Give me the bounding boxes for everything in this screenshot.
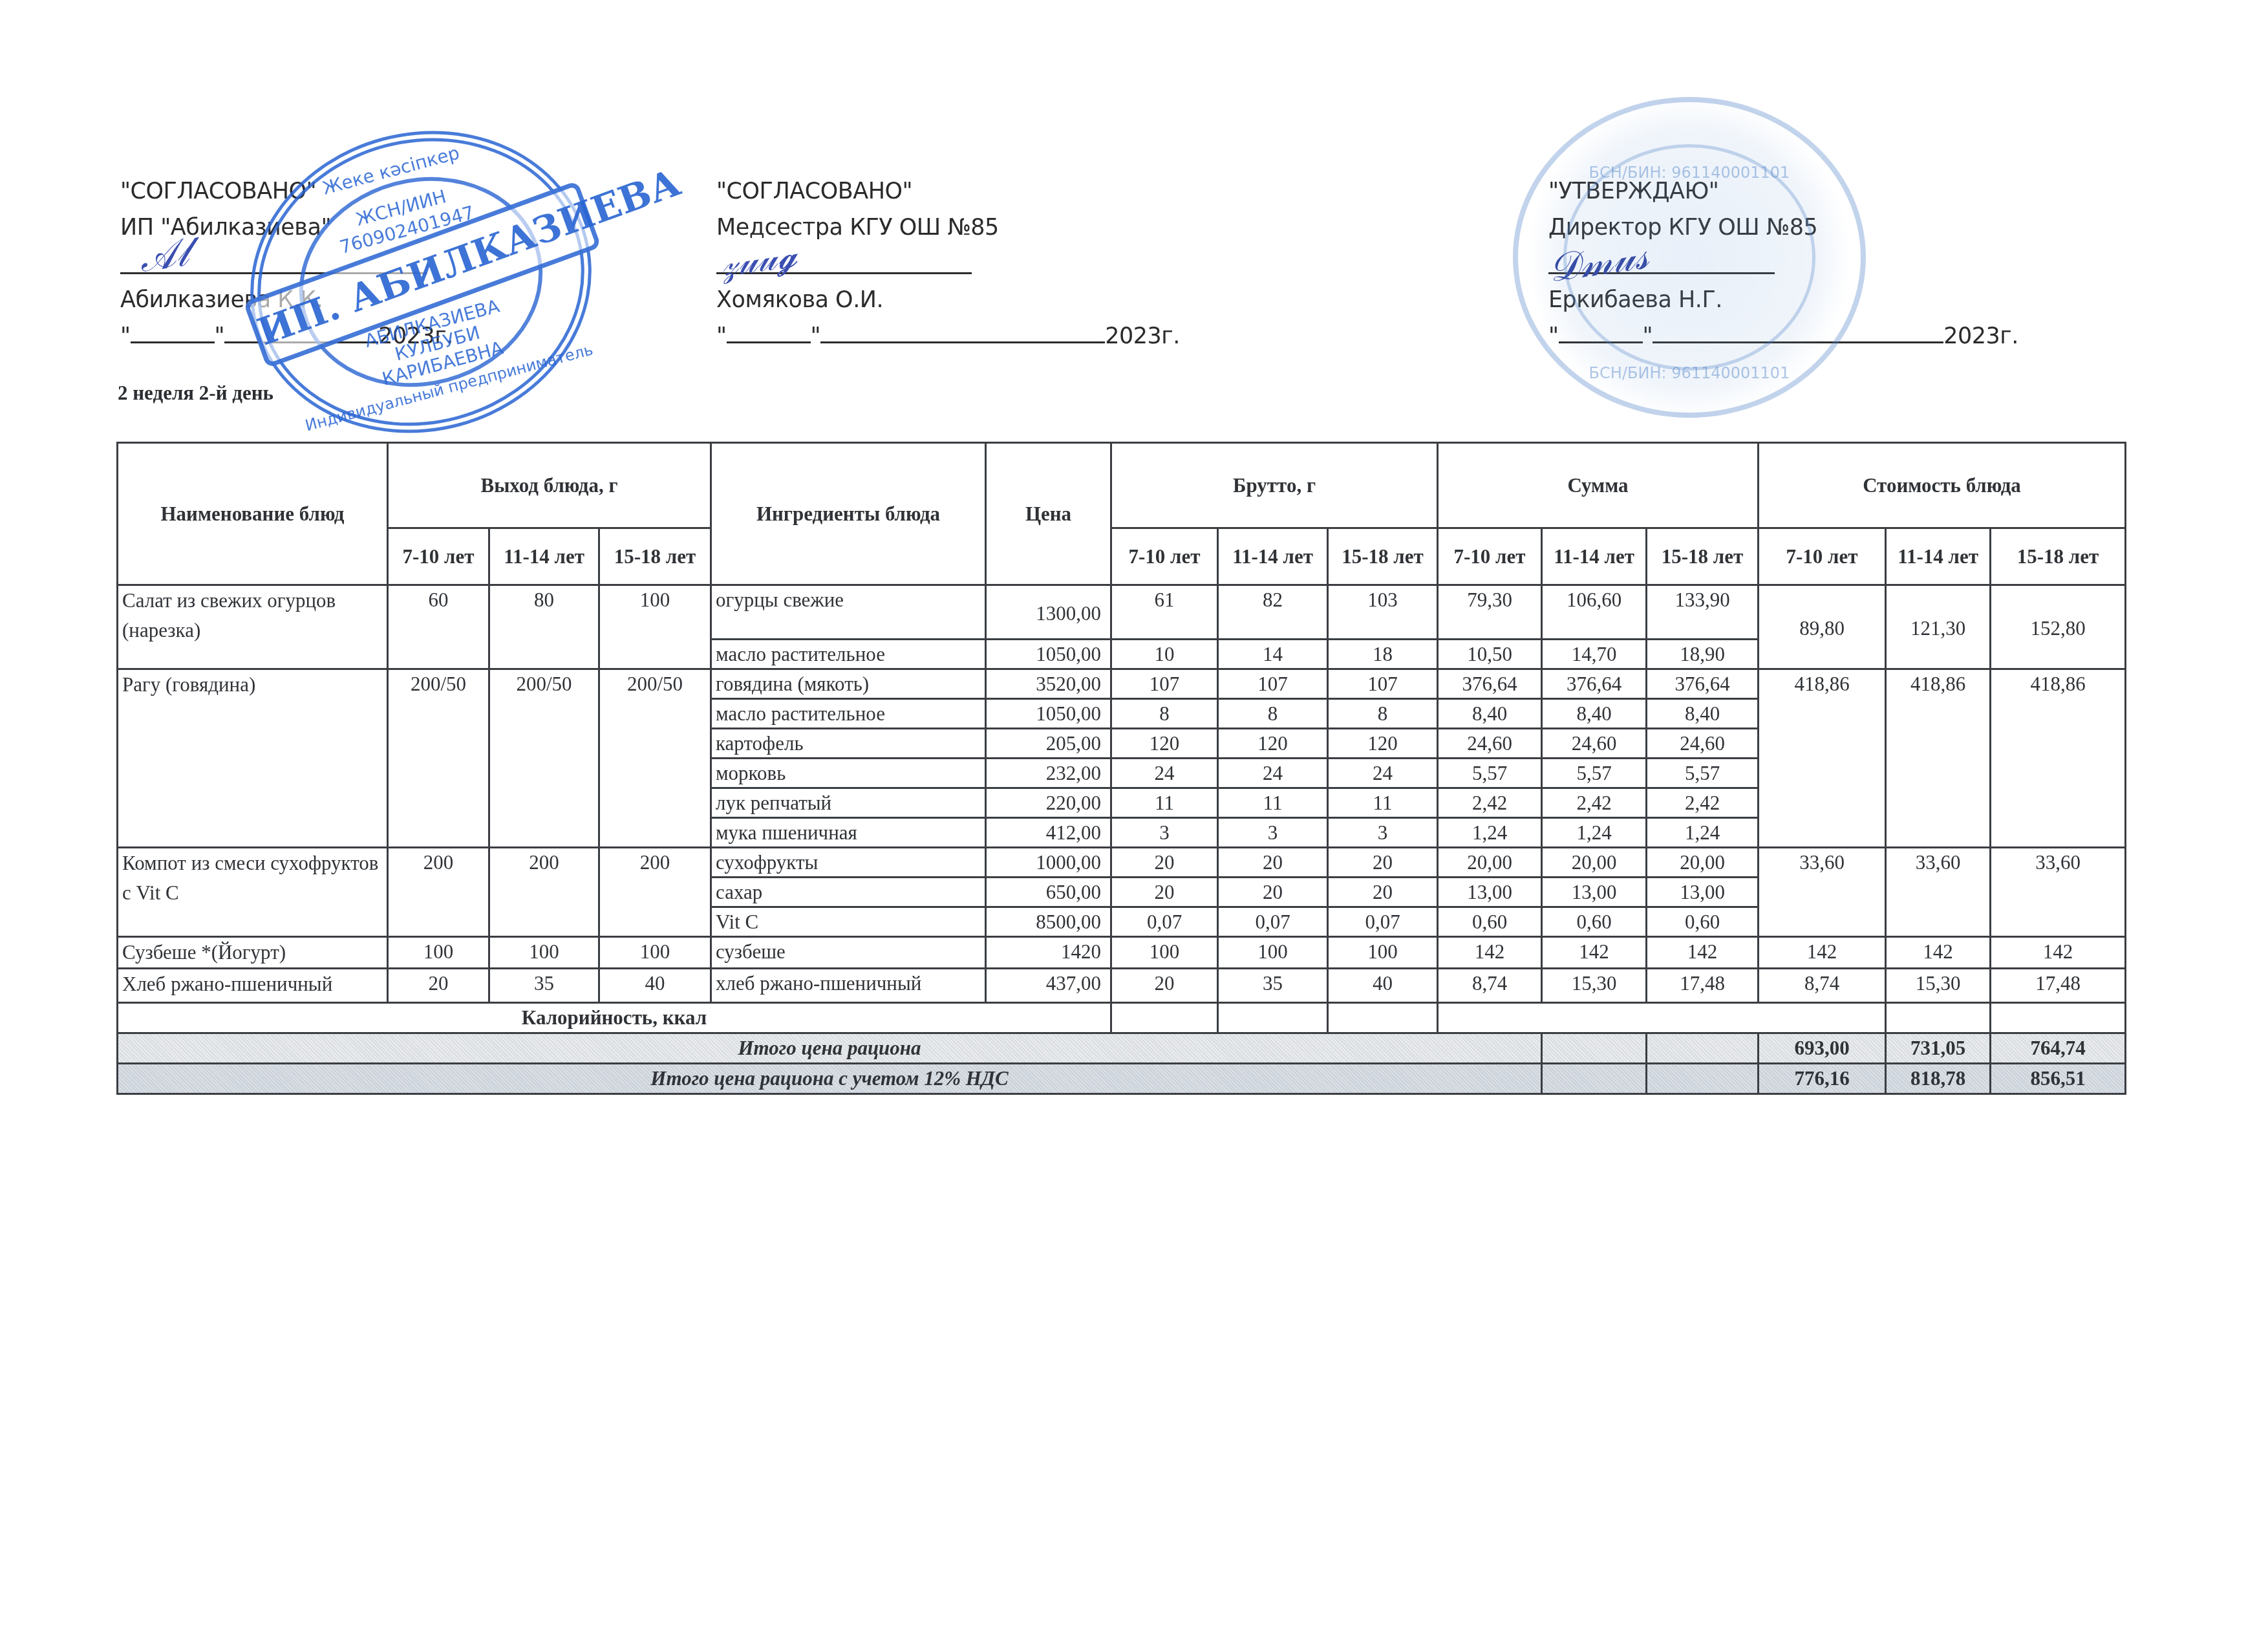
header-dish-cost: Стоимость блюда <box>1759 443 2126 528</box>
ingredient-gross: 10 <box>1111 640 1218 669</box>
header-age-sum-1: 11-14 лет <box>1542 528 1647 585</box>
dish-cost: 33,60 <box>1991 848 2126 937</box>
dish-yield: 60 <box>388 585 489 669</box>
ingredient-sum: 8,40 <box>1542 699 1647 729</box>
ingredient-gross: 120 <box>1218 729 1328 759</box>
approval-heading: "СОГЛАСОВАНО" <box>120 173 453 210</box>
header-age-cost-0: 7-10 лет <box>1759 528 1886 585</box>
dish-yield: 200/50 <box>489 669 599 848</box>
ingredient-gross: 103 <box>1328 585 1438 640</box>
dish-cost: 89,80 <box>1759 585 1886 669</box>
date-quote: " <box>1548 323 1559 349</box>
header-age-yield-1: 11-14 лет <box>489 528 599 585</box>
ingredient-gross: 20 <box>1111 878 1218 907</box>
total-empty-cell <box>1542 1033 1647 1064</box>
date-year: 2023г. <box>378 323 453 349</box>
ingredient-sum: 1,24 <box>1542 818 1647 848</box>
approval-heading: "СОГЛАСОВАНО" <box>716 173 1180 210</box>
ingredient-gross: 8 <box>1328 699 1438 729</box>
dish-cost: 418,86 <box>1759 669 1886 848</box>
dish-yield: 40 <box>599 969 711 1003</box>
header-yield: Выход блюда, г <box>388 443 711 528</box>
ingredient-sum: 376,64 <box>1647 669 1759 699</box>
approval-date: ""2023г. <box>120 318 453 354</box>
ingredient-gross: 61 <box>1111 585 1218 640</box>
date-quote: " <box>215 323 225 349</box>
menu-day-title: 2 неделя 2-й день <box>118 382 273 405</box>
dish-cost: 17,48 <box>1991 969 2126 1003</box>
ingredient-gross: 20 <box>1218 878 1328 907</box>
ingredient-sum: 18,90 <box>1647 640 1759 669</box>
dish-yield: 200/50 <box>599 669 711 848</box>
ingredient-gross: 24 <box>1328 759 1438 788</box>
dish-yield: 80 <box>489 585 599 669</box>
ingredient-gross: 20 <box>1328 878 1438 907</box>
ingredient-price: 412,00 <box>986 818 1111 848</box>
dish-cost: 33,60 <box>1759 848 1886 937</box>
total-value: 764,74 <box>1991 1033 2126 1064</box>
dish-cost: 15,30 <box>1886 969 1991 1003</box>
ingredient-gross: 20 <box>1218 848 1328 878</box>
header-age-cost-1: 11-14 лет <box>1886 528 1991 585</box>
calories-value <box>1328 1003 1438 1033</box>
ingredient-name: картофель <box>711 729 986 759</box>
ingredient-sum: 24,60 <box>1438 729 1542 759</box>
ingredient-sum: 8,40 <box>1647 699 1759 729</box>
ingredient-sum: 13,00 <box>1647 878 1759 907</box>
ingredient-gross: 107 <box>1328 669 1438 699</box>
ingredient-gross: 40 <box>1328 969 1438 1003</box>
header-price: Цена <box>986 443 1111 585</box>
ingredient-sum: 15,30 <box>1542 969 1647 1003</box>
ingredient-price: 1300,00 <box>986 585 1111 640</box>
ingredient-gross: 100 <box>1328 937 1438 969</box>
ingredient-sum: 2,42 <box>1542 788 1647 818</box>
approval-signer: Абилказиева К.К. <box>120 282 453 318</box>
ingredient-sum: 79,30 <box>1438 585 1542 640</box>
date-year: 2023г. <box>1943 323 2018 349</box>
ingredient-sum: 376,64 <box>1542 669 1647 699</box>
dish-cost: 142 <box>1886 937 1991 969</box>
ingredient-price: 650,00 <box>986 878 1111 907</box>
ingredient-name: масло растительное <box>711 640 986 669</box>
ingredient-name: сузбеше <box>711 937 986 969</box>
dish-cost: 8,74 <box>1759 969 1886 1003</box>
ingredient-price: 1000,00 <box>986 848 1111 878</box>
ingredient-gross: 3 <box>1111 818 1218 848</box>
ingredient-name: сахар <box>711 878 986 907</box>
total-empty-cell <box>1647 1033 1759 1064</box>
ingredient-name: хлеб ржано-пшеничный <box>711 969 986 1003</box>
ingredient-gross: 100 <box>1111 937 1218 969</box>
ingredient-gross: 14 <box>1218 640 1328 669</box>
dish-cost: 33,60 <box>1886 848 1991 937</box>
header-age-yield-2: 15-18 лет <box>599 528 711 585</box>
dish-cost: 142 <box>1759 937 1886 969</box>
approval-date: ""2023г. <box>1548 318 2018 354</box>
ingredient-sum: 10,50 <box>1438 640 1542 669</box>
ingredient-gross: 8 <box>1218 699 1328 729</box>
ingredient-gross: 100 <box>1218 937 1328 969</box>
ingredient-gross: 3 <box>1328 818 1438 848</box>
total_vat-value: 856,51 <box>1991 1064 2126 1094</box>
date-quote: " <box>120 323 131 349</box>
ingredient-sum: 24,60 <box>1542 729 1647 759</box>
ingredient-sum: 142 <box>1542 937 1647 969</box>
ingredient-sum: 0,60 <box>1438 907 1542 937</box>
dish-yield: 100 <box>388 937 489 969</box>
ingredient-sum: 2,42 <box>1647 788 1759 818</box>
header-age-gross-0: 7-10 лет <box>1111 528 1218 585</box>
ingredient-sum: 142 <box>1647 937 1759 969</box>
dish-yield: 100 <box>599 937 711 969</box>
ingredient-price: 1420 <box>986 937 1111 969</box>
ingredient-sum: 5,57 <box>1542 759 1647 788</box>
ingredient-sum: 17,48 <box>1647 969 1759 1003</box>
ingredient-gross: 3 <box>1218 818 1328 848</box>
dish-yield: 200 <box>388 848 489 937</box>
dish-yield: 200 <box>489 848 599 937</box>
date-day-blank <box>131 319 215 343</box>
dish-name: Компот из смеси сухофруктов с Vit C <box>118 848 388 937</box>
total-value: 731,05 <box>1886 1033 1991 1064</box>
ingredient-name: лук репчатый <box>711 788 986 818</box>
ingredient-sum: 24,60 <box>1647 729 1759 759</box>
header-age-gross-2: 15-18 лет <box>1328 528 1438 585</box>
dish-cost: 418,86 <box>1886 669 1991 848</box>
ingredient-price: 8500,00 <box>986 907 1111 937</box>
signature-supplier-icon: 𝒜𝓁 <box>136 233 191 278</box>
ingredient-gross: 107 <box>1111 669 1218 699</box>
header-sum: Сумма <box>1438 443 1759 528</box>
date-quote: " <box>811 323 821 349</box>
calories-value <box>1111 1003 1218 1033</box>
ingredient-gross: 20 <box>1328 848 1438 878</box>
ingredient-gross: 120 <box>1328 729 1438 759</box>
calories-value <box>1218 1003 1328 1033</box>
calories-value <box>1438 1003 1886 1033</box>
date-day-blank <box>727 319 811 343</box>
ingredient-gross: 0,07 <box>1218 907 1328 937</box>
ingredient-name: морковь <box>711 759 986 788</box>
ingredient-price: 437,00 <box>986 969 1111 1003</box>
calories-row: Калорийность, ккал <box>118 1003 2126 1033</box>
ingredient-sum: 8,40 <box>1438 699 1542 729</box>
approval-heading: "УТВЕРЖДАЮ" <box>1548 173 2018 210</box>
ingredient-gross: 82 <box>1218 585 1328 640</box>
ingredient-sum: 1,24 <box>1438 818 1542 848</box>
total_vat-label: Итого цена рациона с учетом 12% НДС <box>118 1064 1542 1094</box>
ingredient-price: 205,00 <box>986 729 1111 759</box>
dish-yield: 100 <box>489 937 599 969</box>
signature-nurse-icon: 𝓏𝓊𝓊𝓰 <box>719 237 799 283</box>
dish-name: Салат из свежих огурцов (нарезка) <box>118 585 388 669</box>
date-quote: " <box>716 323 727 349</box>
ingredient-price: 3520,00 <box>986 669 1111 699</box>
date-month-blank <box>820 319 1105 343</box>
dish-name: Хлеб ржано-пшеничный <box>118 969 388 1003</box>
ingredient-name: сухофрукты <box>711 848 986 878</box>
ingredient-sum: 8,74 <box>1438 969 1542 1003</box>
table-row: Хлеб ржано-пшеничный203540хлеб ржано-пше… <box>118 969 2126 1003</box>
dish-cost: 418,86 <box>1991 669 2126 848</box>
header-age-gross-1: 11-14 лет <box>1218 528 1328 585</box>
ingredient-name: Vit C <box>711 907 986 937</box>
ingredient-price: 1050,00 <box>986 640 1111 669</box>
total-value: 693,00 <box>1759 1033 1886 1064</box>
ingredient-sum: 0,60 <box>1542 907 1647 937</box>
dish-yield: 100 <box>599 585 711 669</box>
ingredient-name: огурцы свежие <box>711 585 986 640</box>
approval-date: ""2023г. <box>716 318 1180 354</box>
ingredient-gross: 11 <box>1111 788 1218 818</box>
ingredient-gross: 8 <box>1111 699 1218 729</box>
table-row: Компот из смеси сухофруктов с Vit C20020… <box>118 848 2126 878</box>
ingredient-sum: 376,64 <box>1438 669 1542 699</box>
total_vat-value: 818,78 <box>1886 1064 1991 1094</box>
ingredient-sum: 106,60 <box>1542 585 1647 640</box>
ingredient-sum: 13,00 <box>1542 878 1647 907</box>
menu-table: Наименование блюд Выход блюда, г Ингреди… <box>116 442 2126 1095</box>
dish-cost: 142 <box>1991 937 2126 969</box>
ingredient-gross: 107 <box>1218 669 1328 699</box>
ingredient-sum: 5,57 <box>1647 759 1759 788</box>
header-age-sum-0: 7-10 лет <box>1438 528 1542 585</box>
ingredient-gross: 24 <box>1111 759 1218 788</box>
dish-yield: 200/50 <box>388 669 489 848</box>
ingredient-sum: 20,00 <box>1438 848 1542 878</box>
dish-cost: 152,80 <box>1991 585 2126 669</box>
dish-yield: 35 <box>489 969 599 1003</box>
dish-cost: 121,30 <box>1886 585 1991 669</box>
dish-yield: 200 <box>599 848 711 937</box>
total-vat-row: Итого цена рациона с учетом 12% НДС776,1… <box>118 1064 2126 1094</box>
header-gross: Брутто, г <box>1111 443 1438 528</box>
ingredient-sum: 20,00 <box>1542 848 1647 878</box>
ingredient-gross: 11 <box>1328 788 1438 818</box>
date-month-blank <box>224 319 378 343</box>
calories-value <box>1886 1003 1991 1033</box>
ingredient-gross: 18 <box>1328 640 1438 669</box>
ingredient-sum: 5,57 <box>1438 759 1542 788</box>
ingredient-sum: 142 <box>1438 937 1542 969</box>
header-age-yield-0: 7-10 лет <box>388 528 489 585</box>
header-age-sum-2: 15-18 лет <box>1647 528 1759 585</box>
ingredient-sum: 20,00 <box>1647 848 1759 878</box>
header-age-cost-2: 15-18 лет <box>1991 528 2126 585</box>
ingredient-name: мука пшеничная <box>711 818 986 848</box>
dish-name: Рагу (говядина) <box>118 669 388 848</box>
ingredient-gross: 24 <box>1218 759 1328 788</box>
header-dish-name: Наименование блюд <box>118 443 388 585</box>
stamp-text: БСН/БИН: 961140001101 <box>1518 364 1861 382</box>
table-row: Рагу (говядина)200/50200/50200/50говядин… <box>118 669 2126 699</box>
approval-signer: Еркибаева Н.Г. <box>1548 282 2018 318</box>
ingredient-gross: 0,07 <box>1111 907 1218 937</box>
date-month-blank <box>1653 319 1943 343</box>
ingredient-sum: 2,42 <box>1438 788 1542 818</box>
ingredient-sum: 0,60 <box>1647 907 1759 937</box>
ingredient-sum: 1,24 <box>1647 818 1759 848</box>
ingredient-gross: 120 <box>1111 729 1218 759</box>
total-row: Итого цена рациона693,00731,05764,74 <box>118 1033 2126 1064</box>
ingredient-price: 1050,00 <box>986 699 1111 729</box>
total_vat-value: 776,16 <box>1759 1064 1886 1094</box>
table-row: Салат из свежих огурцов (нарезка)6080100… <box>118 585 2126 640</box>
ingredient-price: 232,00 <box>986 759 1111 788</box>
ingredient-gross: 35 <box>1218 969 1328 1003</box>
header-age-groups: 7-10 лет11-14 лет15-18 лет7-10 лет11-14 … <box>118 528 2126 585</box>
calories-label: Калорийность, ккал <box>118 1003 1111 1033</box>
date-day-blank <box>1559 319 1643 343</box>
ingredient-gross: 11 <box>1218 788 1328 818</box>
ingredient-sum: 13,00 <box>1438 878 1542 907</box>
ingredient-price: 220,00 <box>986 788 1111 818</box>
dish-name: Сузбеше *(Йогурт) <box>118 937 388 969</box>
calories-value <box>1991 1003 2126 1033</box>
ingredient-sum: 14,70 <box>1542 640 1647 669</box>
total-label: Итого цена рациона <box>118 1033 1542 1064</box>
table-row: Сузбеше *(Йогурт)100100100сузбеше1420100… <box>118 937 2126 969</box>
dish-yield: 20 <box>388 969 489 1003</box>
date-quote: " <box>1643 323 1653 349</box>
total-empty-cell <box>1647 1064 1759 1094</box>
ingredient-gross: 20 <box>1111 969 1218 1003</box>
total-empty-cell <box>1542 1064 1647 1094</box>
ingredient-name: говядина (мякоть) <box>711 669 986 699</box>
ingredient-sum: 133,90 <box>1647 585 1759 640</box>
ingredient-gross: 20 <box>1111 848 1218 878</box>
approval-signer: Хомякова О.И. <box>716 282 1180 318</box>
ingredient-gross: 0,07 <box>1328 907 1438 937</box>
ingredient-name: масло растительное <box>711 699 986 729</box>
date-year: 2023г. <box>1105 323 1180 349</box>
header-ingredients: Ингредиенты блюда <box>711 443 986 585</box>
